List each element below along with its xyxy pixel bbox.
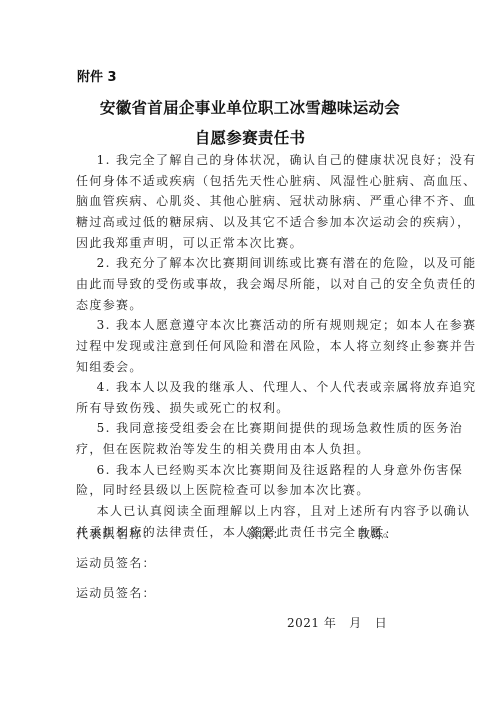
document-title: 安徽省首届企事业单位职工冰雪趣味运动会 (0, 96, 500, 118)
attachment-label: 附件 3 (77, 66, 117, 85)
body-line: 2. 我充分了解本次比赛期间训练或比赛有潜在的危险，以及可能 (76, 256, 424, 270)
body-line: 6. 我本人已经购买本次比赛期间及往返路程的人身意外伤害保 (76, 463, 424, 477)
body-line: 本人已认真阅读全面理解以上内容，且对上述所有内容予以确认 (76, 504, 424, 518)
body-line: 4. 我本人以及我的继承人、代理人、个人代表或亲属将放弃追究 (76, 380, 424, 394)
body-line: 1. 我完全了解自己的身体状况，确认自己的健康状况良好；没有 (76, 153, 424, 167)
athlete-signature-label-1: 运动员签名： (76, 556, 156, 570)
athlete-signature-label-2: 运动员签名： (76, 586, 156, 600)
body-line: 任何身体不适或疾病（包括先天性心脏病、风湿性心脏病、高血压、 (76, 174, 424, 188)
coach-label: 教练： (358, 527, 398, 541)
body-line: 3. 我本人愿意遵守本次比赛活动的所有规则规定；如本人在参赛 (76, 318, 424, 332)
leader-label: 领队： (246, 527, 286, 541)
team-name-label: 代表队名称： (76, 527, 156, 541)
body-line: 险，同时经县级以上医院检查可以参加本次比赛。 (76, 483, 424, 497)
document-subtitle: 自愿参赛责任书 (0, 126, 500, 148)
body-line: 因此我郑重声明，可以正常本次比赛。 (76, 236, 424, 250)
body-line: 由此而导致的受伤或事故，我会竭尽所能，以对自己的安全负责任的 (76, 277, 424, 291)
date-line: 2021 年 月 日 (287, 616, 387, 630)
body-line: 脑血管疾病、心肌炎、其他心脏病、冠状动脉病、严重心律不齐、血 (76, 194, 424, 208)
document-page: 附件 3 安徽省首届企事业单位职工冰雪趣味运动会 自愿参赛责任书 1. 我完全了… (0, 0, 500, 707)
body-line: 糖过高或过低的糖尿病、以及其它不适合参加本次运动会的疾病）， (76, 215, 424, 229)
body-line: 过程中发现或注意到任何风险和潜在风险，本人将立刻终止参赛并告 (76, 339, 424, 353)
body-line: 疗，但在医院救治等发生的相关费用由本人负担。 (76, 442, 424, 456)
body-line: 所有导致伤残、损失或死亡的权利。 (76, 401, 424, 415)
body-line: 5. 我同意接受组委会在比赛期间提供的现场急救性质的医务治 (76, 421, 424, 435)
body-line: 知组委会。 (76, 360, 424, 374)
body-line: 态度参赛。 (76, 298, 424, 312)
